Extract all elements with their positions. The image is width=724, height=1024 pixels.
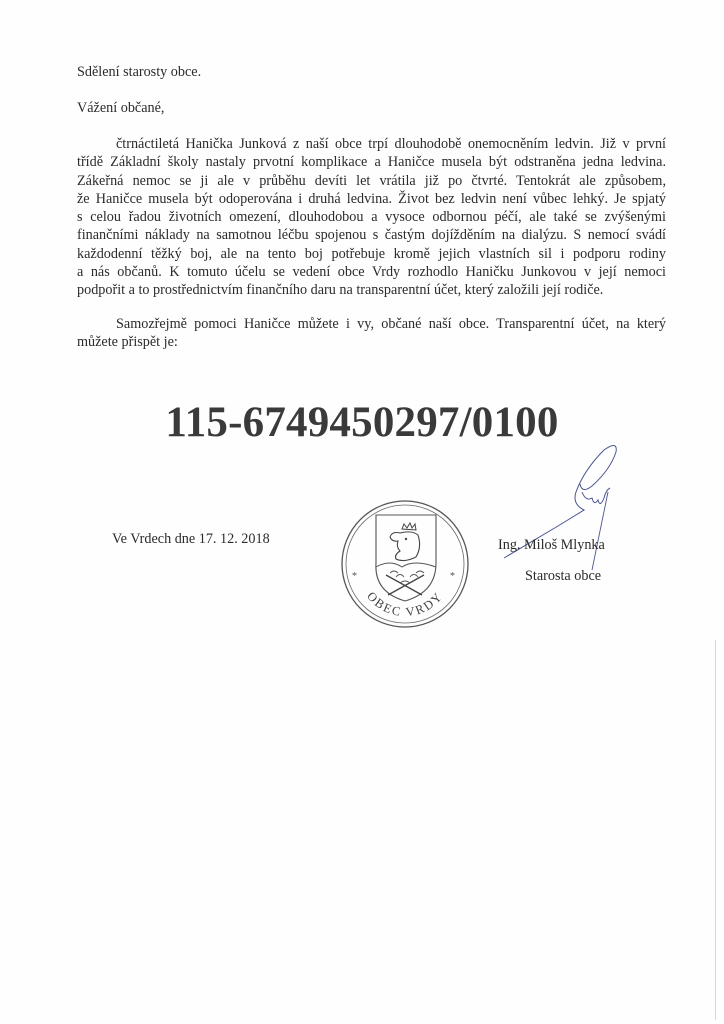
paragraph-line: podpořit a to prostřednictvím finančního… [77, 281, 666, 299]
paragraph-story: čtrnáctiletá Hanička Junková z naší obce… [77, 135, 666, 300]
svg-text:*: * [450, 571, 455, 582]
svg-text:*: * [352, 571, 357, 582]
paragraph-line: a nás občanů. K tomuto účelu se vedení o… [77, 263, 666, 281]
paragraph-line: Samozřejmě pomoci Haničce můžete i vy, o… [77, 315, 666, 333]
document-heading: Sdělení starosty obce. [77, 63, 201, 81]
place-and-date: Ve Vrdech dne 17. 12. 2018 [112, 530, 270, 548]
paragraph-line: třídě Základní školy nastaly prvotní kom… [77, 153, 666, 171]
signatory-role: Starosta obce [525, 567, 601, 585]
scan-edge [715, 640, 716, 1020]
paragraph-line: že Haničce musela být odoperována i druh… [77, 190, 666, 208]
paragraph-line: čtrnáctiletá Hanička Junková z naší obce… [77, 135, 666, 153]
municipal-seal-icon: * * OBEC VRDY [338, 497, 472, 631]
signatory-name: Ing. Miloš Mlynka [498, 536, 605, 554]
paragraph-line: s celou řadou životních omezení, dlouhod… [77, 208, 666, 226]
svg-text:OBEC VRDY: OBEC VRDY [364, 589, 446, 619]
paragraph-line: můžete přispět je: [77, 333, 666, 351]
paragraph-appeal: Samozřejmě pomoci Haničce můžete i vy, o… [77, 315, 666, 352]
greeting: Vážení občané, [77, 99, 164, 117]
document-page: Sdělení starosty obce. Vážení občané, čt… [0, 0, 724, 1024]
paragraph-line: finančními náklady na samotnou léčbu spo… [77, 226, 666, 244]
paragraph-line: každodenní těžký boj, ale na tento boj p… [77, 245, 666, 263]
paragraph-line: Zákeřná nemoc se ji ale v průběhu devíti… [77, 172, 666, 190]
